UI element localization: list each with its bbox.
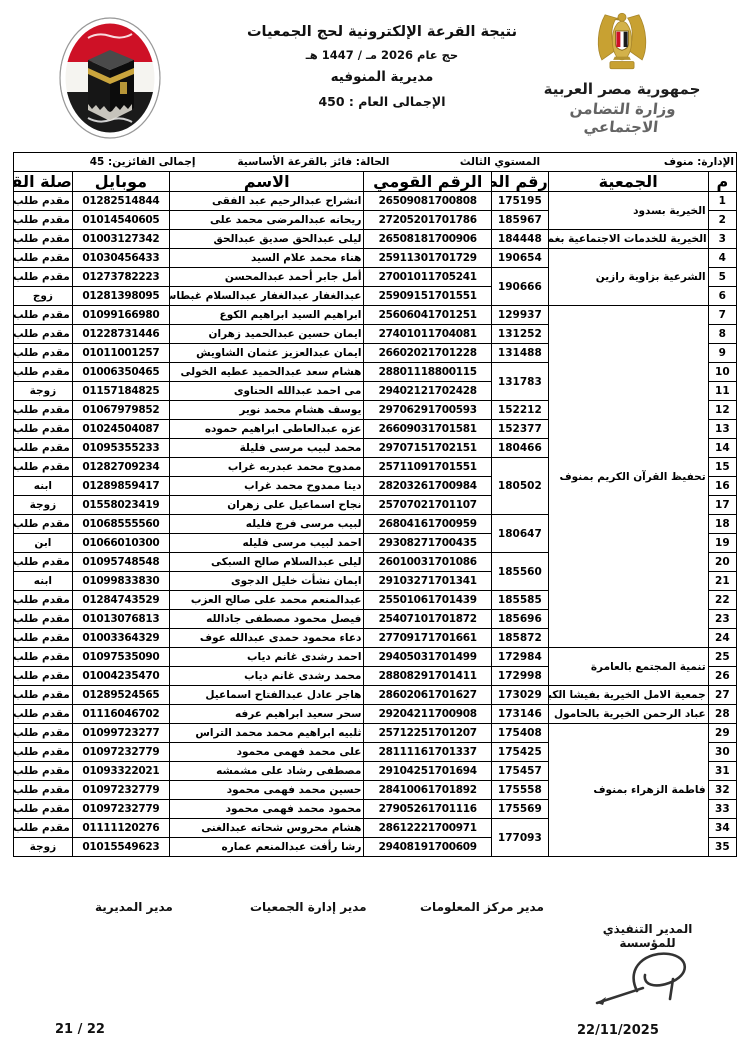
request-number-cell: 175195: [492, 192, 549, 211]
row-index-cell: 4: [708, 249, 736, 268]
relation-cell: مقدم طلب: [14, 230, 73, 249]
relation-cell: مقدم طلب: [14, 610, 73, 629]
association-name-cell: الشرعية بزاوية رازين: [548, 249, 708, 306]
applicant-name-cell: ليلى عبدالحق صديق عبدالحق: [170, 230, 364, 249]
results-table: الإدارة: منوف المستوي الثالث الحالة: فائ…: [13, 152, 737, 857]
national-id-cell: 28808291701411: [364, 667, 492, 686]
applicant-name-cell: ابراهيم السيد ابراهيم الكوع: [170, 306, 364, 325]
row-index-cell: 14: [708, 439, 736, 458]
relation-cell: مقدم طلب: [14, 743, 73, 762]
relation-cell: مقدم طلب: [14, 515, 73, 534]
request-number-cell: 185585: [492, 591, 549, 610]
mobile-number-cell: 01095355233: [72, 439, 169, 458]
mobile-number-cell: 01093322021: [72, 762, 169, 781]
mobile-number-cell: 01068555560: [72, 515, 169, 534]
relation-cell: مقدم طلب: [14, 401, 73, 420]
handwritten-signature-icon: [585, 945, 700, 1015]
applicant-name-cell: هشام محروس شحاته عبدالغنى: [170, 819, 364, 838]
table-row: 27جمعية الامل الخيرية بفيشا الكبرى173029…: [14, 686, 737, 705]
mobile-number-cell: 01003127342: [72, 230, 169, 249]
relation-cell: زوجة: [14, 382, 73, 401]
request-number-cell: 190654: [492, 249, 549, 268]
row-index-cell: 26: [708, 667, 736, 686]
relation-cell: مقدم طلب: [14, 325, 73, 344]
applicant-name-cell: محمود محمد فهمى محمود: [170, 800, 364, 819]
col-header-national-id: الرقم القومي: [364, 172, 492, 192]
request-number-cell: 184448: [492, 230, 549, 249]
national-id-cell: 25707021701107: [364, 496, 492, 515]
hajj-year: حج عام 2026 مـ / 1447 هـ: [232, 48, 532, 62]
national-id-cell: 25712251701207: [364, 724, 492, 743]
relation-cell: مقدم طلب: [14, 553, 73, 572]
applicant-name-cell: هناء محمد علام السيد: [170, 249, 364, 268]
info-bar: الإدارة: منوف المستوي الثالث الحالة: فائ…: [14, 153, 737, 172]
mobile-number-cell: 01289524565: [72, 686, 169, 705]
applicant-name-cell: عبدالمنعم محمد على صالح العزب: [170, 591, 364, 610]
request-number-cell: 180502: [492, 458, 549, 515]
request-number-cell: 175425: [492, 743, 549, 762]
mobile-number-cell: 01116046702: [72, 705, 169, 724]
results-table-body: 1الخيرية بسدود17519526509081700808انشراح…: [14, 192, 737, 857]
national-id-cell: 25909151701551: [364, 287, 492, 306]
row-index-cell: 13: [708, 420, 736, 439]
national-id-cell: 26602021701228: [364, 344, 492, 363]
row-index-cell: 20: [708, 553, 736, 572]
request-number-cell: 175457: [492, 762, 549, 781]
mobile-number-cell: 01066010300: [72, 534, 169, 553]
col-header-association: الجمعية: [548, 172, 708, 192]
mobile-number-cell: 01003364329: [72, 629, 169, 648]
request-number-cell: 131488: [492, 344, 549, 363]
row-index-cell: 12: [708, 401, 736, 420]
national-id-cell: 27905261701116: [364, 800, 492, 819]
national-id-cell: 25501061701439: [364, 591, 492, 610]
applicant-name-cell: محمد رشدى غانم دياب: [170, 667, 364, 686]
row-index-cell: 2: [708, 211, 736, 230]
applicant-name-cell: ليلى عبدالسلام صالح السبكى: [170, 553, 364, 572]
mobile-number-cell: 01013076813: [72, 610, 169, 629]
request-number-cell: 175569: [492, 800, 549, 819]
applicant-name-cell: دعاء محمود حمدى عبدالله عوف: [170, 629, 364, 648]
row-index-cell: 28: [708, 705, 736, 724]
signature-info-center-manager: مدير مركز المعلومات: [420, 900, 544, 914]
national-id-cell: 29402121702428: [364, 382, 492, 401]
row-index-cell: 27: [708, 686, 736, 705]
national-id-cell: 29103271701341: [364, 572, 492, 591]
request-number-cell: 173029: [492, 686, 549, 705]
row-index-cell: 3: [708, 230, 736, 249]
national-id-cell: 29706291700593: [364, 401, 492, 420]
applicant-name-cell: هشام سعد عبدالحميد عطيه الخولى: [170, 363, 364, 382]
relation-cell: مقدم طلب: [14, 667, 73, 686]
hajj-foundation-emblem-icon: [58, 16, 162, 140]
relation-cell: مقدم طلب: [14, 819, 73, 838]
relation-cell: مقدم طلب: [14, 686, 73, 705]
relation-cell: مقدم طلب: [14, 268, 73, 287]
col-header-index: م: [708, 172, 736, 192]
row-index-cell: 10: [708, 363, 736, 382]
row-index-cell: 7: [708, 306, 736, 325]
national-id-cell: 26509081700808: [364, 192, 492, 211]
row-index-cell: 8: [708, 325, 736, 344]
mobile-number-cell: 01006350465: [72, 363, 169, 382]
national-id-cell: 25606041701251: [364, 306, 492, 325]
request-number-cell: 131252: [492, 325, 549, 344]
request-number-cell: 152212: [492, 401, 549, 420]
national-id-cell: 27401011704081: [364, 325, 492, 344]
mobile-number-cell: 01030456433: [72, 249, 169, 268]
mobile-number-cell: 01014540605: [72, 211, 169, 230]
relation-cell: مقدم طلب: [14, 781, 73, 800]
mobile-number-cell: 01281398095: [72, 287, 169, 306]
applicant-name-cell: ايمان نشأت خليل الدجوى: [170, 572, 364, 591]
page-header: جمهورية مصر العربية وزارة التضامن الاجتم…: [0, 0, 750, 150]
table-row: 3الخيرية للخدمات الاجتماعية بغمرين184448…: [14, 230, 737, 249]
national-id-cell: 26508181700906: [364, 230, 492, 249]
national-id-cell: 28602061701627: [364, 686, 492, 705]
mobile-number-cell: 01067979852: [72, 401, 169, 420]
grand-total: الإجمالى العام : 450: [232, 94, 532, 109]
table-row: 25تنمية المجتمع بالعامرة1729842940503170…: [14, 648, 737, 667]
national-id-cell: 27205201701786: [364, 211, 492, 230]
row-index-cell: 35: [708, 838, 736, 857]
relation-cell: مقدم طلب: [14, 420, 73, 439]
winners-total-label: إجمالى الفائزين: 45: [16, 156, 196, 168]
relation-cell: زوجة: [14, 838, 73, 857]
request-number-cell: 152377: [492, 420, 549, 439]
relation-cell: مقدم طلب: [14, 439, 73, 458]
row-index-cell: 6: [708, 287, 736, 306]
applicant-name-cell: ممدوح محمد عبدربه غراب: [170, 458, 364, 477]
national-id-cell: 28612221700971: [364, 819, 492, 838]
national-id-cell: 29308271700435: [364, 534, 492, 553]
request-number-cell: 172984: [492, 648, 549, 667]
request-number-cell: 177093: [492, 819, 549, 857]
applicant-name-cell: ايمان عبدالعزيز عثمان الشاويش: [170, 344, 364, 363]
mobile-number-cell: 01015549623: [72, 838, 169, 857]
mobile-number-cell: 01099833830: [72, 572, 169, 591]
ministry-calligraphy: وزارة التضامن الاجتماعي: [530, 100, 714, 136]
applicant-name-cell: دينا ممدوح محمد غراب: [170, 477, 364, 496]
administration-label: الإدارة: منوف: [540, 156, 734, 168]
association-name-cell: تنمية المجتمع بالعامرة: [548, 648, 708, 686]
table-row: 4الشرعية بزاوية رازين1906542591130170172…: [14, 249, 737, 268]
request-number-cell: 185872: [492, 629, 549, 648]
relation-cell: مقدم طلب: [14, 762, 73, 781]
relation-cell: ابن: [14, 534, 73, 553]
mobile-number-cell: 01558023419: [72, 496, 169, 515]
relation-cell: مقدم طلب: [14, 249, 73, 268]
national-id-cell: 28410061701892: [364, 781, 492, 800]
relation-cell: زوجة: [14, 496, 73, 515]
row-index-cell: 32: [708, 781, 736, 800]
mobile-number-cell: 01157184825: [72, 382, 169, 401]
mobile-number-cell: 01273782223: [72, 268, 169, 287]
applicant-name-cell: على محمد فهمى محمود: [170, 743, 364, 762]
egypt-eagle-icon: [532, 10, 712, 76]
mobile-number-cell: 01004235470: [72, 667, 169, 686]
table-row: 7تحفيظ القرآن الكريم بمنوف12993725606041…: [14, 306, 737, 325]
relation-cell: مقدم طلب: [14, 344, 73, 363]
row-index-cell: 16: [708, 477, 736, 496]
national-id-cell: 29204211700908: [364, 705, 492, 724]
country-name: جمهورية مصر العربية: [532, 80, 712, 98]
relation-cell: مقدم طلب: [14, 648, 73, 667]
applicant-name-cell: عبدالغفار عبدالغفار عبدالسلام غبطاس: [170, 287, 364, 306]
row-index-cell: 23: [708, 610, 736, 629]
mobile-number-cell: 01282709234: [72, 458, 169, 477]
row-index-cell: 1: [708, 192, 736, 211]
request-number-cell: 185696: [492, 610, 549, 629]
row-index-cell: 15: [708, 458, 736, 477]
national-id-cell: 28111161701337: [364, 743, 492, 762]
table-header-row: م الجمعية رقم الطلب الرقم القومي الاسم م…: [14, 172, 737, 192]
national-id-cell: 29104251701694: [364, 762, 492, 781]
applicant-name-cell: احمد لبيب مرسى فليله: [170, 534, 364, 553]
request-number-cell: 190666: [492, 268, 549, 306]
applicant-name-cell: رشا رأفت عبدالمنعم عماره: [170, 838, 364, 857]
applicant-name-cell: مى احمد عبدالله الحناوى: [170, 382, 364, 401]
mobile-number-cell: 01282514844: [72, 192, 169, 211]
applicant-name-cell: أمل جابر أحمد عبدالمحسن: [170, 268, 364, 287]
row-index-cell: 22: [708, 591, 736, 610]
document-date: 22/11/2025: [577, 1023, 659, 1038]
national-id-cell: 25911301701729: [364, 249, 492, 268]
association-name-cell: الخيرية بسدود: [548, 192, 708, 230]
applicant-name-cell: لبيب مرسى فرج فليله: [170, 515, 364, 534]
table-row: 1الخيرية بسدود17519526509081700808انشراح…: [14, 192, 737, 211]
mobile-number-cell: 01024504087: [72, 420, 169, 439]
col-header-name: الاسم: [170, 172, 364, 192]
row-index-cell: 5: [708, 268, 736, 287]
request-number-cell: 129937: [492, 306, 549, 325]
document-title: نتيجة القرعة الإلكترونية لحج الجمعيات: [232, 24, 532, 40]
relation-cell: مقدم طلب: [14, 800, 73, 819]
applicant-name-cell: احمد رشدى غانم دياب: [170, 648, 364, 667]
signature-directorate-manager: مدير المديرية: [95, 900, 173, 914]
directorate-name: مديرية المنوفيه: [232, 69, 532, 85]
national-id-cell: 26609031701581: [364, 420, 492, 439]
table-row: 29فاطمة الزهراء بمنوف1754082571225170120…: [14, 724, 737, 743]
mobile-number-cell: 01097232779: [72, 800, 169, 819]
relation-cell: ابنه: [14, 572, 73, 591]
applicant-name-cell: ريحانه عبدالمرضى محمد على: [170, 211, 364, 230]
applicant-name-cell: سحر سعيد ابراهيم عرفه: [170, 705, 364, 724]
association-name-cell: فاطمة الزهراء بمنوف: [548, 724, 708, 857]
request-number-cell: 180466: [492, 439, 549, 458]
document-title-block: نتيجة القرعة الإلكترونية لحج الجمعيات حج…: [232, 24, 532, 109]
col-header-mobile: موبايل: [72, 172, 169, 192]
association-name-cell: الخيرية للخدمات الاجتماعية بغمرين: [548, 230, 708, 249]
request-number-cell: 185967: [492, 211, 549, 230]
national-id-cell: 26010031701086: [364, 553, 492, 572]
level-label: المستوي الثالث: [389, 156, 540, 168]
applicant-name-cell: ايمان حسين عبدالحميد زهران: [170, 325, 364, 344]
request-number-cell: 180647: [492, 515, 549, 553]
row-index-cell: 19: [708, 534, 736, 553]
request-number-cell: 175558: [492, 781, 549, 800]
national-id-cell: 29408191700609: [364, 838, 492, 857]
national-id-cell: 26804161700959: [364, 515, 492, 534]
applicant-name-cell: نجاح اسماعيل على زهران: [170, 496, 364, 515]
row-index-cell: 30: [708, 743, 736, 762]
national-id-cell: 28203261700984: [364, 477, 492, 496]
relation-cell: مقدم طلب: [14, 629, 73, 648]
mobile-number-cell: 01011001257: [72, 344, 169, 363]
col-header-relation: صلة القرابه: [14, 172, 73, 192]
applicant-name-cell: فيصل محمود مصطفى جادالله: [170, 610, 364, 629]
row-index-cell: 33: [708, 800, 736, 819]
lottery-results-page: جمهورية مصر العربية وزارة التضامن الاجتم…: [0, 0, 750, 1061]
applicant-name-cell: ثلبيه ابراهيم محمد محمد التراس: [170, 724, 364, 743]
applicant-name-cell: يوسف هشام محمد نوير: [170, 401, 364, 420]
relation-cell: مقدم طلب: [14, 705, 73, 724]
request-number-cell: 172998: [492, 667, 549, 686]
ministry-block: جمهورية مصر العربية وزارة التضامن الاجتم…: [532, 10, 712, 136]
national-id-cell: 27709171701661: [364, 629, 492, 648]
request-number-cell: 131783: [492, 363, 549, 401]
row-index-cell: 11: [708, 382, 736, 401]
association-name-cell: جمعية الامل الخيرية بفيشا الكبرى: [548, 686, 708, 705]
col-header-request-no: رقم الطلب: [492, 172, 549, 192]
status-label: الحالة: فائز بالقرعة الأساسية: [196, 156, 390, 168]
row-index-cell: 18: [708, 515, 736, 534]
applicant-name-cell: انشراح عبدالرحيم عبد الفقى: [170, 192, 364, 211]
national-id-cell: 27001011705241: [364, 268, 492, 287]
applicant-name-cell: حسين محمد فهمى محمود: [170, 781, 364, 800]
relation-cell: زوج: [14, 287, 73, 306]
request-number-cell: 175408: [492, 724, 549, 743]
relation-cell: مقدم طلب: [14, 192, 73, 211]
national-id-cell: 29707151702151: [364, 439, 492, 458]
mobile-number-cell: 01099166980: [72, 306, 169, 325]
applicant-name-cell: مصطفى رشاد على مشمشه: [170, 762, 364, 781]
national-id-cell: 25407101701872: [364, 610, 492, 629]
relation-cell: مقدم طلب: [14, 211, 73, 230]
row-index-cell: 34: [708, 819, 736, 838]
mobile-number-cell: 01111120276: [72, 819, 169, 838]
mobile-number-cell: 01228731446: [72, 325, 169, 344]
association-name-cell: عباد الرحمن الخيرية بالحامول: [548, 705, 708, 724]
relation-cell: مقدم طلب: [14, 306, 73, 325]
row-index-cell: 24: [708, 629, 736, 648]
relation-cell: مقدم طلب: [14, 591, 73, 610]
request-number-cell: 185560: [492, 553, 549, 591]
request-number-cell: 173146: [492, 705, 549, 724]
national-id-cell: 29405031701499: [364, 648, 492, 667]
relation-cell: ابنه: [14, 477, 73, 496]
mobile-number-cell: 01099723277: [72, 724, 169, 743]
applicant-name-cell: هاجر عادل عبدالفتاح اسماعيل: [170, 686, 364, 705]
relation-cell: مقدم طلب: [14, 724, 73, 743]
row-index-cell: 25: [708, 648, 736, 667]
mobile-number-cell: 01097232779: [72, 781, 169, 800]
row-index-cell: 17: [708, 496, 736, 515]
signature-associations-manager: مدير إدارة الجمعيات: [250, 900, 367, 914]
national-id-cell: 28801118800115: [364, 363, 492, 382]
mobile-number-cell: 01284743529: [72, 591, 169, 610]
page-number: 21 / 22: [55, 1022, 105, 1037]
mobile-number-cell: 01289859417: [72, 477, 169, 496]
row-index-cell: 29: [708, 724, 736, 743]
applicant-name-cell: محمد لبيب مرسى فليلة: [170, 439, 364, 458]
row-index-cell: 21: [708, 572, 736, 591]
mobile-number-cell: 01097535090: [72, 648, 169, 667]
association-name-cell: تحفيظ القرآن الكريم بمنوف: [548, 306, 708, 648]
row-index-cell: 31: [708, 762, 736, 781]
relation-cell: مقدم طلب: [14, 363, 73, 382]
table-row: 28عباد الرحمن الخيرية بالحامول1731462920…: [14, 705, 737, 724]
mobile-number-cell: 01095748548: [72, 553, 169, 572]
national-id-cell: 25711091701551: [364, 458, 492, 477]
relation-cell: مقدم طلب: [14, 458, 73, 477]
mobile-number-cell: 01097232779: [72, 743, 169, 762]
applicant-name-cell: عزه عبدالعاطى ابراهيم حموده: [170, 420, 364, 439]
row-index-cell: 9: [708, 344, 736, 363]
